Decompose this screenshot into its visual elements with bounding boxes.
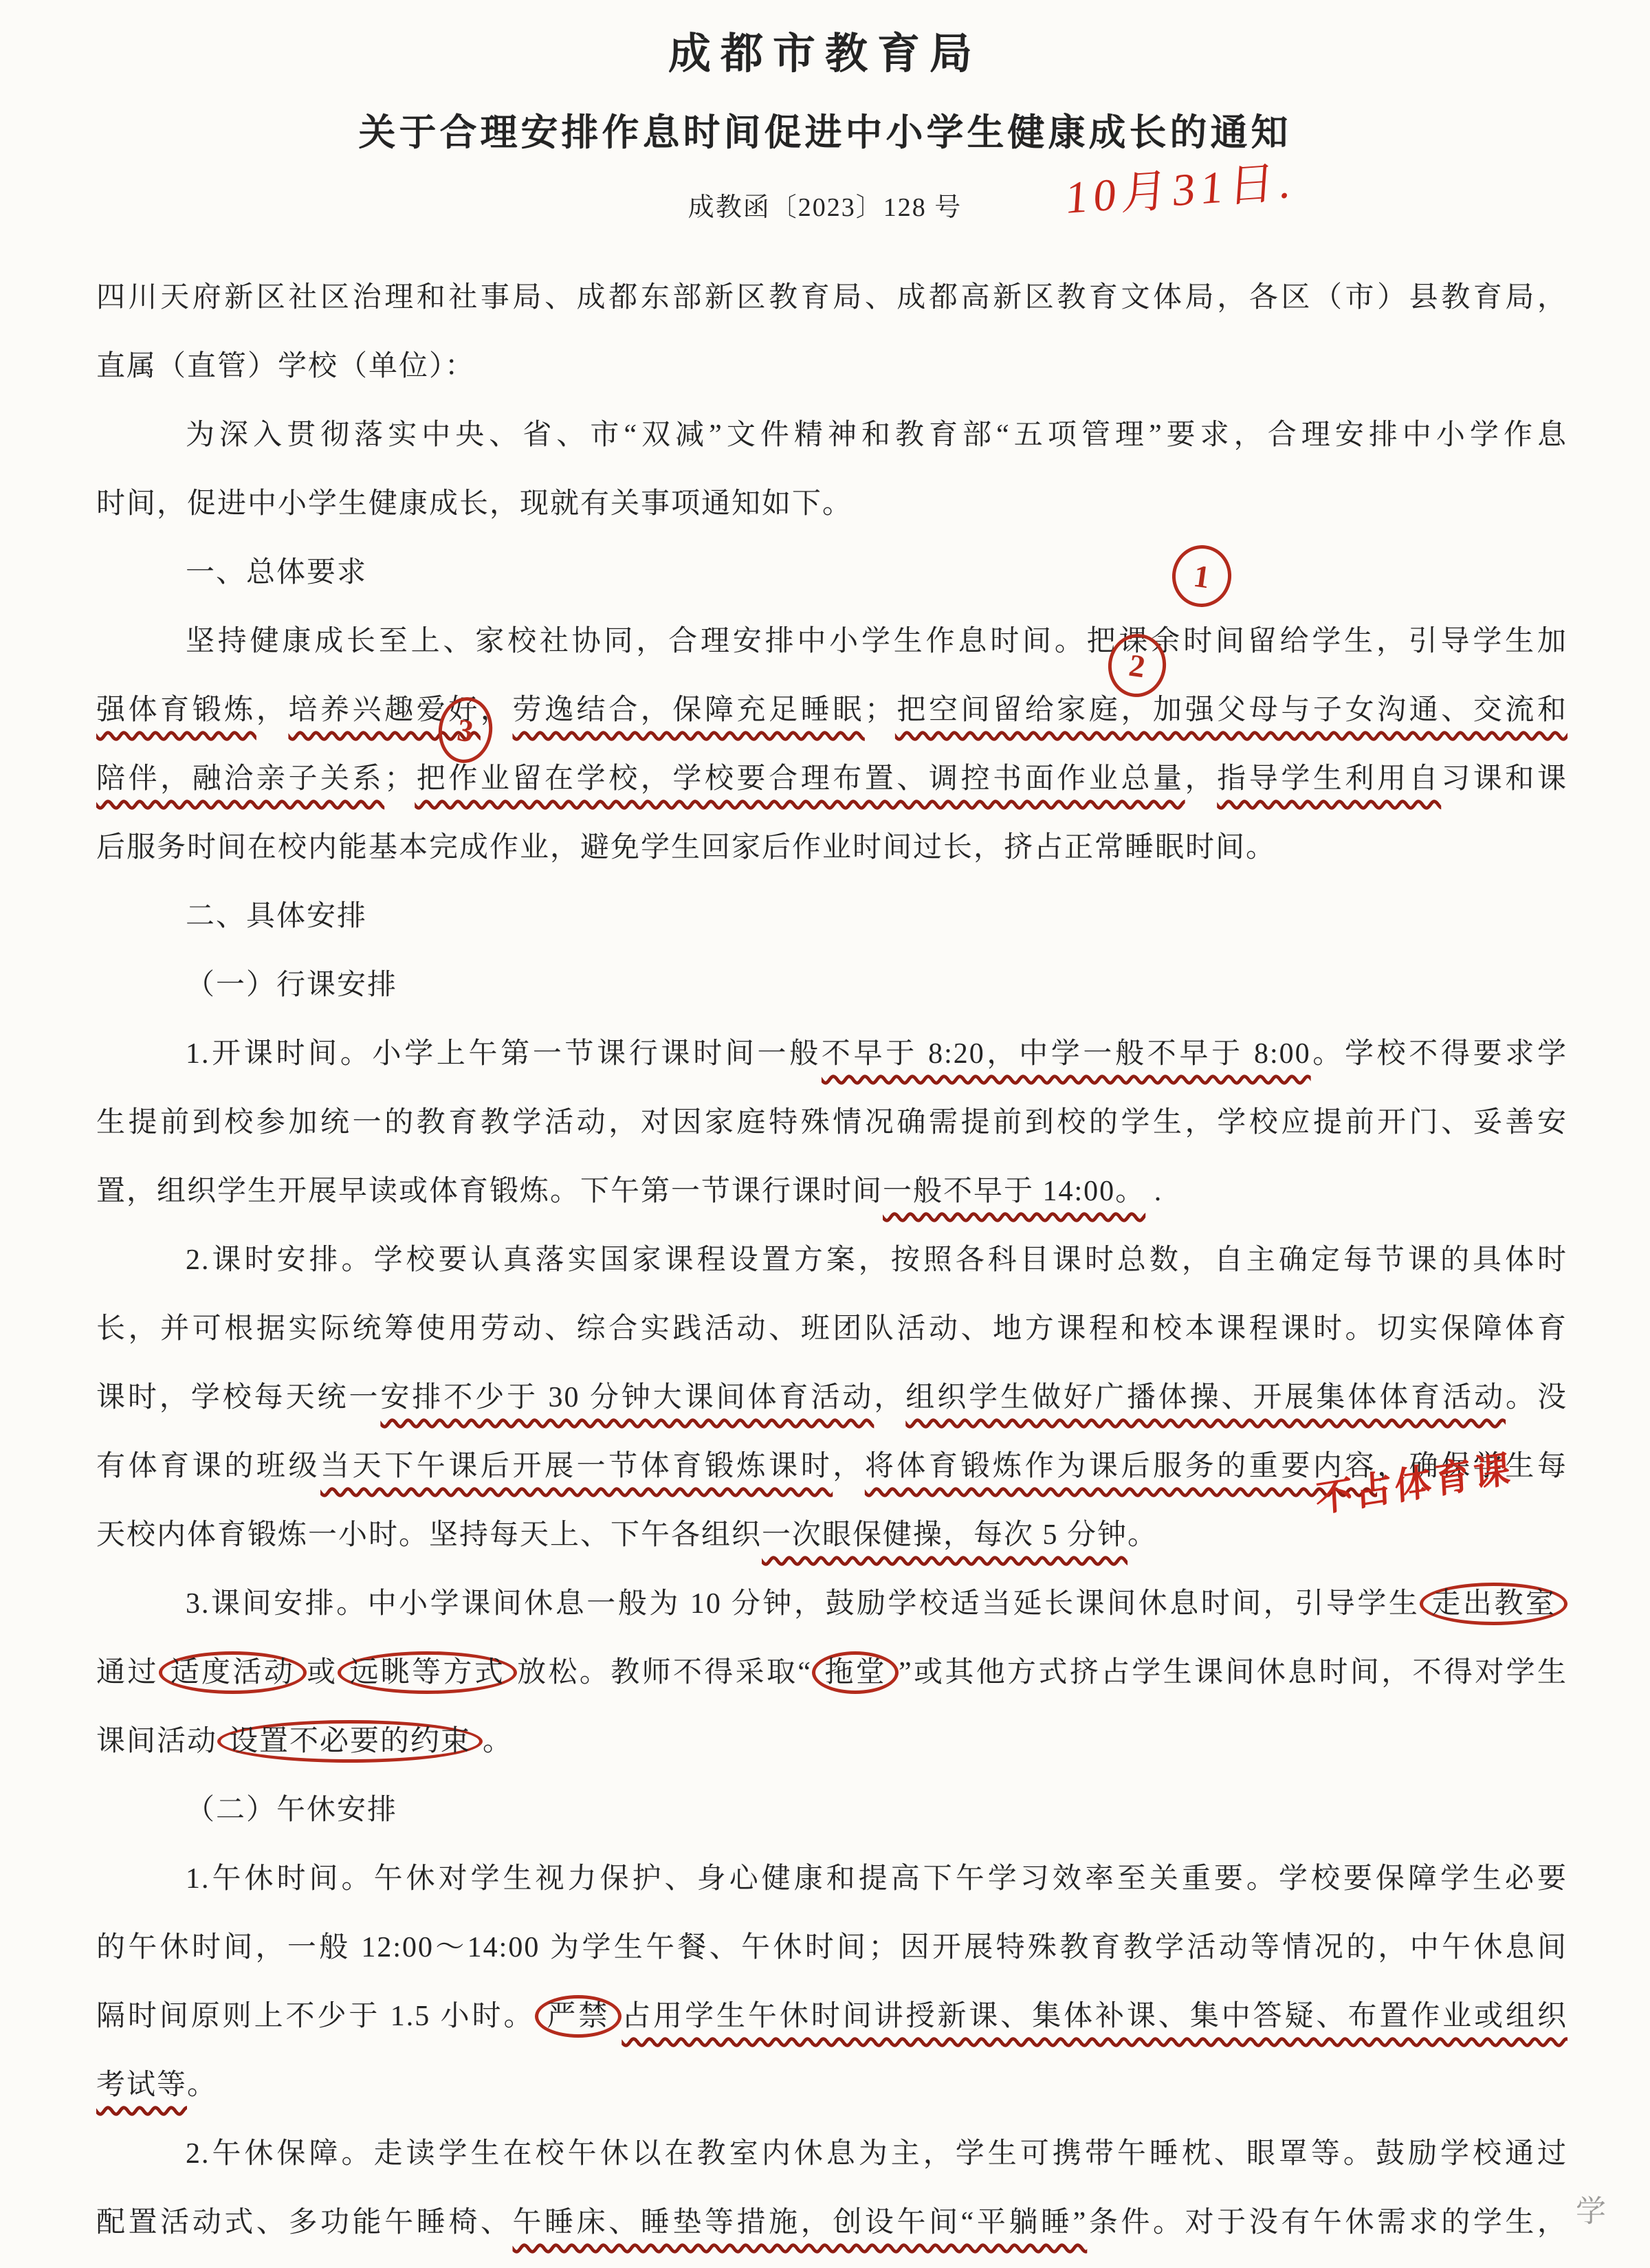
text-line: 后服务时间在校内能基本完成作业，避免学生回家后作业时间过长，挤占正常睡眠时间。 [96, 813, 1567, 882]
text-run: 放松。教师不得采取“ [517, 1657, 812, 1688]
text-run: ”或其他方式挤占学生课间休息时间，不得对学生 [899, 1657, 1567, 1688]
text-run: 长，并可根据实际统筹使用劳动、综合实践活动、班团队活动、地方课程和校本课程课时。… [96, 1313, 1567, 1345]
red-circled-text: 走出教室 [1420, 1583, 1567, 1625]
text-line: 通过适度活动或远眺等方式放松。教师不得采取“拖堂”或其他方式挤占学生课间休息时间… [96, 1638, 1567, 1707]
text-line: 四川天府新区社区治理和社事局、成都东部新区教育局、成都高新区教育文体局，各区（市… [96, 263, 1567, 332]
text-run: 坚持健康成长至上、家校社协同，合理安排中小学生作息时间。把课余时间留给学生，引导… [186, 626, 1567, 657]
text-run: 生提前到校参加统一的教育教学活动，对因家庭特殊情况确需提前到校的学生，学校应提前… [96, 1107, 1567, 1138]
text-run: 。 [1127, 1519, 1158, 1551]
red-wavy-underlined-text: 强体育锻炼 [96, 694, 256, 726]
text-run: ， [833, 1451, 865, 1482]
text-line: 一、总体要求 [96, 538, 1567, 607]
text-run: 习课和课 [1441, 763, 1567, 795]
text-run: 通过 [96, 1657, 159, 1688]
text-line: 置，组织学生开展早读或体育锻炼。下午第一节课行课时间一般不早于 14:00。 . [96, 1157, 1567, 1226]
text-line: （二）午休安排 [96, 1776, 1567, 1845]
text-run: （一）行课安排 [186, 969, 397, 1001]
red-wavy-underlined-text: 劳逸结合，保障充足睡眠 [513, 694, 865, 726]
red-wavy-underlined-text: 把空间留给家庭，加强父母与子女沟通、交流和 [895, 694, 1567, 726]
text-run: 隔时间原则上不少于 1.5 小时。 [96, 2001, 535, 2032]
text-run: ； [865, 694, 895, 726]
red-wavy-underlined-text: 午睡床、睡垫等措施，创设午间“平躺睡” [513, 2207, 1088, 2238]
text-line: 1.午休时间。午休对学生视力保护、身心健康和提高下午学习效率至关重要。学校要保障… [96, 1845, 1567, 1913]
text-run: 。 [187, 2069, 217, 2101]
text-line: 配置活动式、多功能午睡椅、午睡床、睡垫等措施，创设午间“平躺睡”条件。对于没有午… [96, 2188, 1567, 2257]
text-run: . [1145, 1176, 1163, 1207]
text-line: 课时，学校每天统一安排不少于 30 分钟大课间体育活动，组织学生做好广播体操、开… [96, 1363, 1567, 1432]
red-wavy-underlined-text: 当天下午课后开展一节体育锻炼课时 [320, 1451, 833, 1482]
text-line: 二、具体安排 [96, 882, 1567, 951]
text-line: 2.午休保障。走读学生在校午休以在教室内休息为主，学生可携带午睡枕、眼罩等。鼓励… [96, 2120, 1567, 2188]
red-wavy-underlined-text: 一般不早于 14:00。 [883, 1176, 1145, 1207]
text-line: 课间活动设置不必要的约束。 [96, 1707, 1567, 1776]
text-line: 陪伴，融洽亲子关系；把作业留在学校，学校要合理布置、调控书面作业总量，指导学生利… [96, 745, 1567, 813]
text-line: 直属（直管）学校（单位）： [96, 332, 1567, 401]
text-run: ， [1185, 763, 1218, 795]
red-wavy-underlined-text: 陪伴，融洽亲子关系 [96, 763, 384, 795]
text-run: 四川天府新区社区治理和社事局、成都东部新区教育局、成都高新区教育文体局，各区（市… [96, 282, 1567, 313]
text-run: 2.课时安排。学校要认真落实国家课程设置方案，按照各科目课时总数，自主确定每节课… [186, 1244, 1567, 1276]
red-circled-text: 拖堂 [812, 1651, 899, 1694]
red-circled-text: 设置不必要的约束 [217, 1720, 483, 1763]
org-title: 成都市教育局 [0, 19, 1650, 80]
text-run: 条件。对于没有午休需求的学生， [1087, 2207, 1567, 2238]
text-run: 二、具体安排 [186, 901, 367, 932]
text-line: 为深入贯彻落实中央、省、市“双减”文件精神和教育部“五项管理”要求，合理安排中小… [96, 401, 1567, 470]
text-line: 强体育锻炼，培养兴趣爱好，劳逸结合，保障充足睡眠；把空间留给家庭，加强父母与子女… [96, 676, 1567, 745]
text-line: 1.开课时间。小学上午第一节课行课时间一般不早于 8:20，中学一般不早于 8:… [96, 1020, 1567, 1088]
text-line: 的午休时间，一般 12:00～14:00 为学生午餐、午休时间；因开展特殊教育教… [96, 1913, 1567, 1982]
red-circled-text: 严禁 [535, 1995, 621, 2038]
text-run: （二）午休安排 [186, 1794, 397, 1826]
red-wavy-underlined-text: 指导学生利用自 [1217, 763, 1441, 795]
text-run: 天校内体育锻炼一小时。坚持每天上、下午各组织 [96, 1519, 762, 1551]
text-run: 1.午休时间。午休对学生视力保护、身心健康和提高下午学习效率至关重要。学校要保障… [186, 1863, 1567, 1895]
text-run: 或 [307, 1657, 338, 1688]
text-run: 1.开课时间。小学上午第一节课行课时间一般 [186, 1038, 822, 1070]
text-run: 置，组织学生开展早读或体育锻炼。下午第一节课行课时间 [96, 1176, 883, 1207]
red-wavy-underlined-text: 组织学生做好广播体操、开展集体体育活动 [905, 1382, 1506, 1413]
red-wavy-underlined-text: 考试等 [96, 2069, 187, 2101]
text-run: 后服务时间在校内能基本完成作业，避免学生回家后作业时间过长，挤占正常睡眠时间。 [96, 832, 1276, 863]
text-run: ； [384, 763, 415, 795]
text-run: 为深入贯彻落实中央、省、市“双减”文件精神和教育部“五项管理”要求，合理安排中小… [186, 419, 1567, 451]
text-run: 的午休时间，一般 12:00～14:00 为学生午餐、午休时间；因开展特殊教育教… [96, 1932, 1567, 1963]
scanned-document-page: 成都市教育局 关于合理安排作息时间促进中小学生健康成长的通知 成教函〔2023〕… [0, 0, 1650, 2268]
text-line: 2.课时安排。学校要认真落实国家课程设置方案，按照各科目课时总数，自主确定每节课… [96, 1226, 1567, 1295]
text-line: 长，并可根据实际统筹使用劳动、综合实践活动、班团队活动、地方课程和校本课程课时。… [96, 1295, 1567, 1363]
notice-title: 关于合理安排作息时间促进中小学生健康成长的通知 [0, 103, 1650, 156]
text-run: 课间活动 [96, 1726, 217, 1757]
text-line: 坚持健康成长至上、家校社协同，合理安排中小学生作息时间。把课余时间留给学生，引导… [96, 607, 1567, 676]
text-run: 课时，学校每天统一 [96, 1382, 380, 1413]
red-wavy-underlined-text: 将体育锻炼作为课后服务的重要内容 [865, 1451, 1377, 1482]
text-run: 一、总体要求 [186, 557, 367, 588]
red-wavy-underlined-text: 占用学生午休时间讲授新课、集体补课、集中答疑、布置作业或组织 [621, 2001, 1567, 2032]
text-line: 3.课间安排。中小学课间休息一般为 10 分钟，鼓励学校适当延长课间休息时间，引… [96, 1570, 1567, 1638]
doc-number: 成教函〔2023〕128 号 [0, 186, 1650, 223]
text-run: 2.午休保障。走读学生在校午休以在教室内休息为主，学生可携带午睡枕、眼罩等。鼓励… [186, 2138, 1567, 2170]
text-run: 3.课间安排。中小学课间休息一般为 10 分钟，鼓励学校适当延长课间休息时间，引… [186, 1588, 1420, 1620]
text-line: 隔时间原则上不少于 1.5 小时。严禁占用学生午休时间讲授新课、集体补课、集中答… [96, 1982, 1567, 2051]
text-line: 考试等。 [96, 2051, 1567, 2120]
text-run: ， [874, 1382, 905, 1413]
red-circled-text: 远眺等方式 [338, 1651, 517, 1694]
text-run: 。学校不得要求学 [1311, 1038, 1567, 1070]
text-run: 配置活动式、多功能午睡椅、 [96, 2207, 513, 2238]
document-lines: 四川天府新区社区治理和社事局、成都东部新区教育局、成都高新区教育文体局，各区（市… [96, 263, 1567, 2257]
red-wavy-underlined-text: 安排不少于 30 分钟大课间体育活动 [380, 1382, 874, 1413]
red-wavy-underlined-text: 不早于 8:20，中学一般不早于 8:00 [822, 1038, 1311, 1070]
red-circled-text: 适度活动 [159, 1651, 307, 1694]
text-run: 。没 [1506, 1382, 1567, 1413]
text-run: 直属（直管）学校（单位）： [96, 351, 475, 382]
text-run: 时间，促进中小学生健康成长，现就有关事项通知如下。 [96, 488, 852, 520]
text-line: 生提前到校参加统一的教育教学活动，对因家庭特殊情况确需提前到校的学生，学校应提前… [96, 1088, 1567, 1157]
text-run: 。 [483, 1726, 513, 1757]
text-run: 有体育课的班级 [96, 1451, 320, 1482]
text-line: （一）行课安排 [96, 951, 1567, 1020]
red-wavy-underlined-text: 一次眼保健操，每次 5 分钟 [762, 1519, 1127, 1551]
text-line: 时间，促进中小学生健康成长，现就有关事项通知如下。 [96, 470, 1567, 538]
partial-character: 学 [1576, 2186, 1606, 2230]
text-run: ， [256, 694, 289, 726]
red-wavy-underlined-text: 把作业留在学校，学校要合理布置、调控书面作业总量 [415, 763, 1185, 795]
